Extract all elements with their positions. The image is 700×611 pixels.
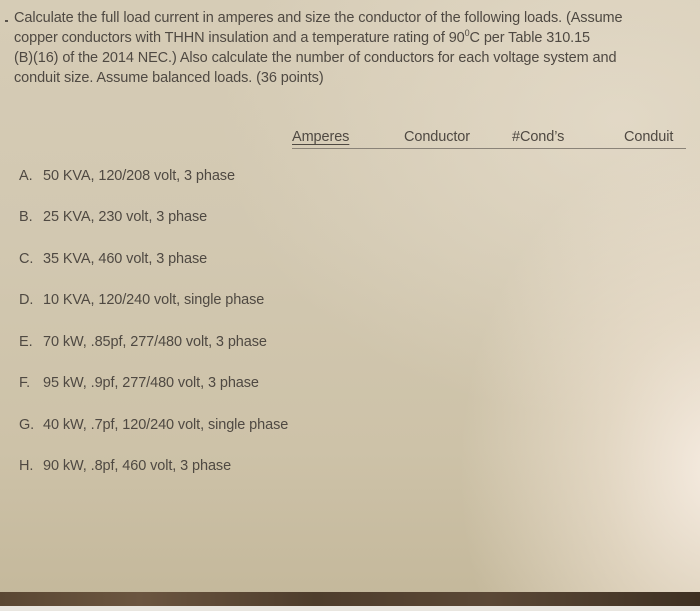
header-conductor: Conductor: [404, 129, 470, 145]
header-cond-count: #Cond’s: [512, 129, 564, 145]
photo-bottom-edge: [0, 606, 700, 611]
header-amperes: Amperes: [292, 129, 349, 145]
instructions-line-4: conduit size. Assume balanced loads. (36…: [14, 68, 694, 88]
load-item: E.70 kW, .85pf, 277/480 volt, 3 phase: [19, 334, 267, 350]
load-item: C.35 KVA, 460 volt, 3 phase: [19, 251, 207, 267]
instructions-paragraph: Calculate the full load current in amper…: [14, 8, 694, 88]
answer-table-header: Amperes Conductor #Cond’s Conduit: [290, 127, 686, 149]
instructions-line-2: copper conductors with THHN insulation a…: [14, 28, 694, 48]
bullet-mark: [5, 20, 8, 22]
header-underline: [292, 148, 686, 149]
instructions-line-3: (B)(16) of the 2014 NEC.) Also calculate…: [14, 48, 694, 68]
load-item: A.50 KVA, 120/208 volt, 3 phase: [19, 168, 235, 184]
load-item: F.95 kW, .9pf, 277/480 volt, 3 phase: [19, 375, 259, 391]
load-item: H.90 kW, .8pf, 460 volt, 3 phase: [19, 458, 231, 474]
load-item: B.25 KVA, 230 volt, 3 phase: [19, 209, 207, 225]
load-item: G.40 kW, .7pf, 120/240 volt, single phas…: [19, 417, 288, 433]
header-conduit: Conduit: [624, 129, 673, 145]
instructions-line-1: Calculate the full load current in amper…: [14, 8, 694, 28]
load-item: D.10 KVA, 120/240 volt, single phase: [19, 292, 264, 308]
